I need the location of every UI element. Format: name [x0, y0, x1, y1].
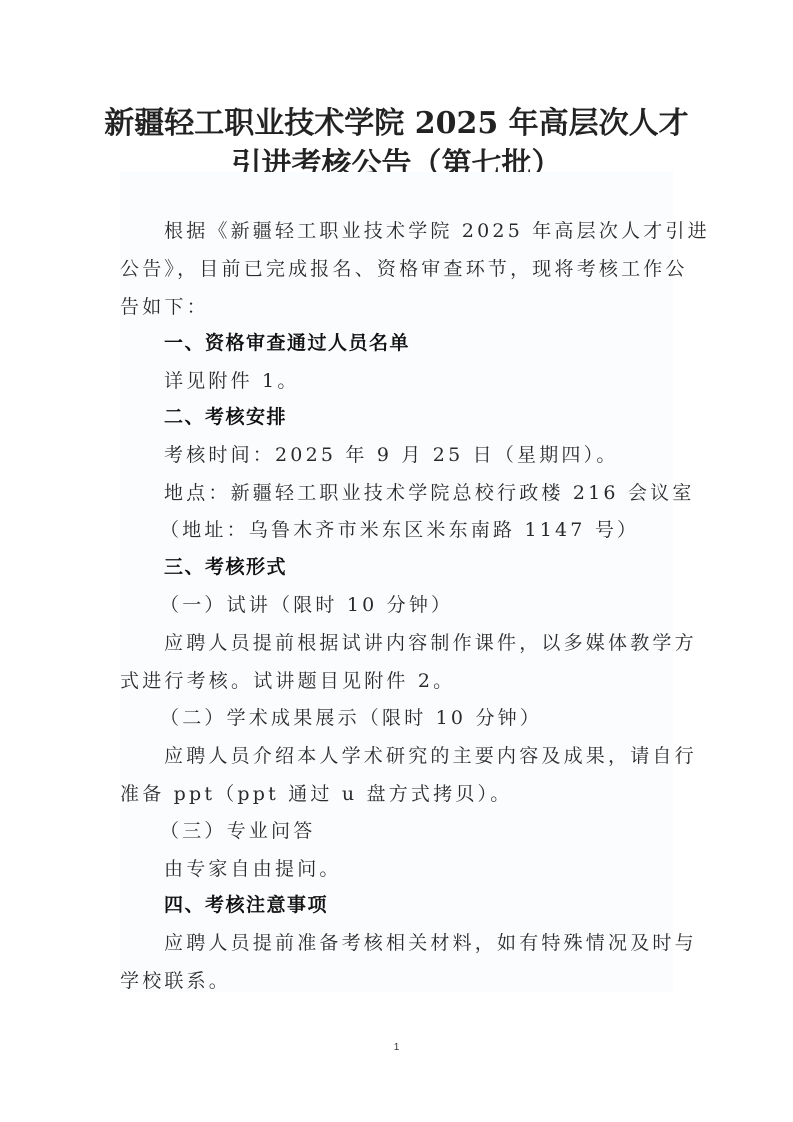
- paragraph-line: （三）专业问答: [120, 819, 713, 843]
- section-heading-2: 二、考核安排: [120, 405, 717, 429]
- page-number: 1: [0, 1042, 793, 1053]
- paragraph-line: 根据《新疆轻工职业技术学院 2025 年高层次人才引进: [120, 219, 717, 243]
- paragraph-line: 应聘人员介绍本人学术研究的主要内容及成果，请自行: [120, 744, 717, 768]
- document-title-line-1: 新疆轻工职业技术学院 2025 年高层次人才: [0, 98, 793, 142]
- paragraph-line: 地点：新疆轻工职业技术学院总校行政楼 216 会议室: [120, 481, 717, 505]
- paragraph-line: 应聘人员提前根据试讲内容制作课件，以多媒体教学方: [120, 631, 717, 655]
- paragraph-line: 告如下：: [120, 295, 673, 319]
- section-heading-3: 三、考核形式: [120, 555, 717, 579]
- paragraph-line: 学校联系。: [120, 969, 673, 993]
- paragraph-line: 应聘人员提前准备考核相关材料，如有特殊情况及时与: [120, 931, 717, 955]
- paragraph-line: 由专家自由提问。: [120, 857, 717, 881]
- paragraph-line: （二）学术成果展示（限时 10 分钟）: [120, 706, 713, 730]
- paragraph-line: （地址：乌鲁木齐市米东区米东南路 1147 号）: [120, 518, 713, 542]
- paragraph-line: 考核时间：2025 年 9 月 25 日（星期四）。: [120, 443, 717, 467]
- section-heading-4: 四、考核注意事项: [120, 893, 717, 917]
- section-heading-1: 一、资格审查通过人员名单: [120, 331, 717, 355]
- paragraph-line: 公告》，目前已完成报名、资格审查环节，现将考核工作公: [120, 257, 673, 281]
- paragraph-line: 准备 ppt（ppt 通过 u 盘方式拷贝）。: [120, 782, 673, 806]
- paragraph-line: 式进行考核。试讲题目见附件 2。: [120, 669, 673, 693]
- paragraph-line: （一）试讲（限时 10 分钟）: [120, 593, 713, 617]
- paragraph-line: 详见附件 1。: [120, 369, 717, 393]
